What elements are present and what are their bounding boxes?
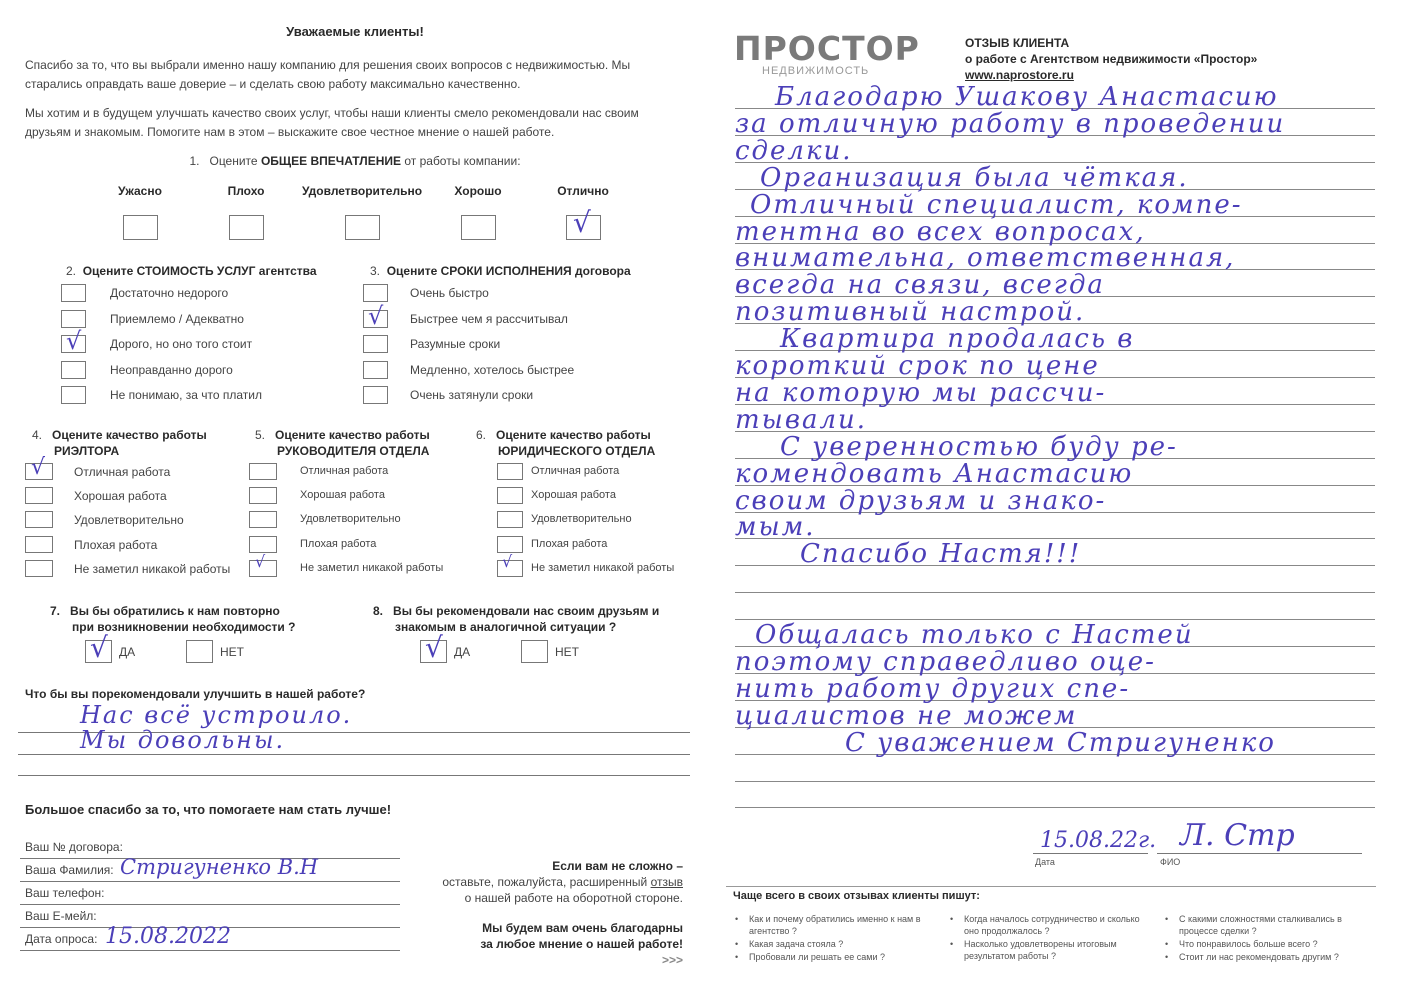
q2-option-label: Приемлемо / Адекватно	[110, 312, 244, 326]
q5-option-label: Плохая работа	[300, 538, 376, 550]
q4-option-label: Хорошая работа	[74, 489, 167, 503]
check-mark-icon: √	[31, 457, 45, 479]
q6-option-label: Удовлетворительно	[531, 513, 632, 525]
q7-yes-label: ДА	[119, 645, 135, 659]
q5-checkbox-4[interactable]	[249, 536, 277, 553]
review-line: позитивный настрой.	[735, 297, 1085, 327]
review-line: внимательна, ответственная,	[735, 243, 1235, 273]
field-underline	[20, 881, 400, 882]
review-link[interactable]: отзыв	[651, 875, 683, 889]
q2-checkbox-5[interactable]	[61, 386, 86, 404]
q2-checkbox-2[interactable]	[61, 310, 86, 328]
q5-option-label: Хорошая работа	[300, 489, 385, 501]
field-label: Ваш Е-мейл:	[25, 909, 97, 923]
q4-label: 4. Оцените качество работыРИЭЛТОРА	[32, 427, 207, 459]
review-line: С уважением Стригуненко	[845, 728, 1276, 758]
improve-answer-2[interactable]: Мы довольны.	[80, 726, 285, 754]
q3-checkbox-4[interactable]	[363, 361, 388, 379]
review-line: Общалась только с Настей	[755, 620, 1194, 650]
side-note: Если вам не сложно – оставьте, пожалуйст…	[410, 858, 683, 968]
q1-checkbox-2[interactable]	[229, 215, 264, 240]
q7-no-label: НЕТ	[220, 645, 244, 659]
tip-item: Насколько удовлетворены итоговым результ…	[948, 938, 1148, 962]
tips-column-1: Как и почему обратились именно к нам в а…	[733, 913, 933, 964]
check-mark-icon: √	[573, 209, 591, 237]
q5-option-label: Удовлетворительно	[300, 513, 401, 525]
field-label: Ваш телефон:	[25, 886, 104, 900]
review-line: мым.	[735, 512, 816, 542]
date-line	[1033, 853, 1148, 854]
q6-checkbox-3[interactable]	[497, 511, 523, 528]
review-line: поэтому справедливо оце-	[735, 647, 1156, 677]
review-subtitle: о работе с Агентством недвижимости «Прос…	[965, 51, 1257, 67]
q5-checkbox-1[interactable]	[249, 463, 277, 480]
q7-no-checkbox[interactable]	[186, 640, 213, 663]
q2-checkbox-4[interactable]	[61, 361, 86, 379]
q4-option-label: Плохая работа	[74, 538, 157, 552]
q8-no-label: НЕТ	[555, 645, 579, 659]
check-mark-icon: √	[255, 554, 265, 570]
q4-option-label: Не заметил никакой работы	[74, 562, 230, 576]
q5-option-label: Отличная работа	[300, 465, 388, 477]
field-value-2[interactable]: Стригуненко В.Н	[120, 855, 318, 879]
name-caption: ФИО	[1160, 857, 1180, 867]
tip-item: Стоит ли нас рекомендовать другим ?	[1163, 951, 1363, 963]
q6-option-label: Плохая работа	[531, 538, 607, 550]
review-line: Квартира продалась в	[780, 324, 1134, 354]
review-line: короткий срок по цене	[735, 351, 1100, 381]
signature-name[interactable]: Л. Стр	[1180, 818, 1295, 853]
q1-checkbox-3[interactable]	[345, 215, 380, 240]
q4-checkbox-5[interactable]	[25, 560, 53, 577]
tip-item: Как и почему обратились именно к нам в а…	[733, 913, 933, 937]
thanks-text: Большое спасибо за то, что помогаете нам…	[25, 802, 391, 817]
prostor-logo: ПРОСТОР НЕДВИЖИМОСТЬ	[734, 33, 920, 77]
name-line	[1157, 853, 1362, 854]
field-label: Ваша Фамилия:	[25, 863, 114, 877]
review-line: на которую мы рассчи-	[735, 378, 1106, 408]
tip-item: Пробовали ли решать ее сами ?	[733, 951, 933, 963]
review-line: за отличную работу в проведении	[735, 109, 1285, 139]
q4-option-label: Удовлетворительно	[74, 513, 184, 527]
q3-option-label: Разумные сроки	[410, 337, 500, 351]
review-line: Отличный специалист, компе-	[750, 190, 1243, 220]
survey-title: Уважаемые клиенты!	[0, 24, 710, 39]
q8-label: 8. Вы бы рекомендовали нас своим друзьям…	[373, 603, 659, 635]
tip-item: Когда началось сотрудничество и сколько …	[948, 913, 1148, 937]
intro-paragraph-2: Мы хотим и в будущем улучшать качество с…	[25, 104, 685, 142]
tips-divider	[726, 886, 1376, 887]
check-mark-icon: √	[90, 634, 108, 662]
review-line: нить работу других спе-	[735, 674, 1130, 704]
date-caption: Дата	[1035, 857, 1055, 867]
q3-option-label: Быстрее чем я рассчитывал	[410, 312, 568, 326]
q7-label: 7. Вы бы обратились к нам повторнопри во…	[50, 603, 295, 635]
review-line: С уверенностью буду ре-	[780, 432, 1178, 462]
q5-option-label: Не заметил никакой работы	[300, 562, 443, 574]
tip-item: Что понравилось больше всего ?	[1163, 938, 1363, 950]
field-label: Дата опроса:	[25, 932, 97, 946]
q2-checkbox-1[interactable]	[61, 284, 86, 302]
improve-label: Что бы вы порекомендовали улучшить в наш…	[25, 687, 365, 701]
website-link[interactable]: www.naprostore.ru	[965, 67, 1257, 83]
tips-column-2: Когда началось сотрудничество и сколько …	[948, 913, 1148, 963]
improve-line-2	[18, 754, 690, 755]
improve-answer-1[interactable]: Нас всё устроило.	[80, 701, 352, 729]
review-line: Организация была чёткая.	[760, 163, 1189, 193]
q8-no-checkbox[interactable]	[521, 640, 548, 663]
q5-checkbox-3[interactable]	[249, 511, 277, 528]
check-mark-icon: √	[502, 554, 512, 570]
check-mark-icon: √	[425, 634, 443, 662]
q6-option-label: Не заметил никакой работы	[531, 562, 674, 574]
q6-checkbox-1[interactable]	[497, 463, 523, 480]
field-label: Ваш № договора:	[25, 840, 123, 854]
q5-label: 5. Оцените качество работыРУКОВОДИТЕЛЯ О…	[255, 427, 430, 459]
q2-option-label: Неоправданно дорого	[110, 363, 233, 377]
q3-option-label: Очень быстро	[410, 286, 489, 300]
q8-yes-label: ДА	[454, 645, 470, 659]
intro-paragraph-1: Спасибо за то, что вы выбрали именно наш…	[25, 56, 685, 94]
q4-option-label: Отличная работа	[74, 465, 170, 479]
field-value-5[interactable]: 15.08.2022	[105, 924, 231, 949]
q4-checkbox-3[interactable]	[25, 511, 53, 528]
review-ruled-line	[735, 781, 1375, 782]
review-header: ОТЗЫВ КЛИЕНТА о работе с Агентством недв…	[965, 35, 1257, 83]
review-line: Спасибо Настя!!!	[800, 539, 1081, 569]
tip-item: Какая задача стояла ?	[733, 938, 933, 950]
q4-checkbox-4[interactable]	[25, 536, 53, 553]
q1-label: 1. Оцените ОБЩЕЕ ВПЕЧАТЛЕНИЕ от работы к…	[0, 154, 710, 168]
q1-option-label: Отлично	[513, 184, 653, 198]
field-underline	[20, 950, 400, 951]
field-underline	[20, 904, 400, 905]
q6-label: 6. Оцените качество работыЮРИДИЧЕСКОГО О…	[476, 427, 655, 459]
review-ruled-line	[735, 807, 1375, 808]
q3-checkbox-5[interactable]	[363, 386, 388, 404]
q6-checkbox-4[interactable]	[497, 536, 523, 553]
review-line: тывали.	[735, 405, 867, 435]
q2-option-label: Дорого, но оно того стоит	[110, 337, 252, 351]
q6-option-label: Отличная работа	[531, 465, 619, 477]
q3-checkbox-1[interactable]	[363, 284, 388, 302]
tips-title: Чаще всего в своих отзывах клиенты пишут…	[733, 890, 980, 902]
review-line: циалистов не можем	[735, 701, 1077, 731]
q2-option-label: Не понимаю, за что платил	[110, 388, 262, 402]
q3-checkbox-3[interactable]	[363, 335, 388, 353]
signature-date[interactable]: 15.08.22г.	[1040, 828, 1156, 853]
q5-checkbox-2[interactable]	[249, 487, 277, 504]
check-mark-icon: √	[66, 329, 81, 353]
review-ruled-line	[735, 592, 1375, 593]
check-mark-icon: √	[368, 304, 383, 328]
q6-option-label: Хорошая работа	[531, 489, 616, 501]
q3-option-label: Очень затянули сроки	[410, 388, 533, 402]
review-line: комендовать Анастасию	[735, 459, 1133, 489]
q4-checkbox-2[interactable]	[25, 487, 53, 504]
q1-checkbox-1[interactable]	[123, 215, 158, 240]
review-line: сделки.	[735, 136, 853, 166]
q3-option-label: Медленно, хотелось быстрее	[410, 363, 574, 377]
q2-label: 2. Оцените СТОИМОСТЬ УСЛУГ агентства	[66, 264, 317, 278]
review-line: Благодарю Ушакову Анастасию	[775, 82, 1279, 112]
improve-line-3	[18, 775, 690, 776]
tips-column-3: С какими сложностями сталкивались в проц…	[1163, 913, 1363, 964]
review-title: ОТЗЫВ КЛИЕНТА	[965, 35, 1257, 51]
q2-option-label: Достаточно недорого	[110, 286, 228, 300]
q3-label: 3. Оцените СРОКИ ИСПОЛНЕНИЯ договора	[370, 264, 631, 278]
review-line: всегда на связи, всегда	[735, 270, 1105, 300]
tip-item: С какими сложностями сталкивались в проц…	[1163, 913, 1363, 937]
q1-checkbox-4[interactable]	[461, 215, 496, 240]
q6-checkbox-2[interactable]	[497, 487, 523, 504]
continue-arrows[interactable]: >>>	[410, 952, 683, 968]
